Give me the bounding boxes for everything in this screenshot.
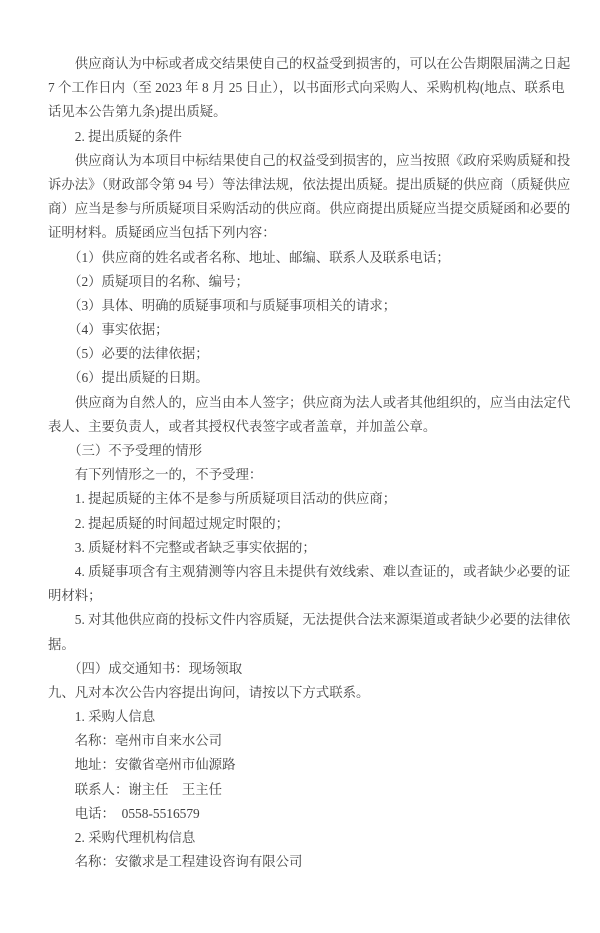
doc-line-conditions-heading: 2. 提出质疑的条件 — [48, 125, 570, 149]
document-page: 供应商认为中标或者成交结果使自己的权益受到损害的，可以在公告期限届满之日起 7 … — [0, 0, 600, 933]
doc-line-letter-item-6: （6）提出质疑的日期。 — [48, 366, 570, 390]
doc-line-signature-rule: 供应商为自然人的，应当由本人签字；供应商为法人或者其他组织的，应当由法定代 — [48, 391, 570, 415]
doc-line-objection-intro-cont: 话见本公告第九条)提出质疑。 — [48, 100, 570, 124]
doc-line-purchaser-heading: 1. 采购人信息 — [48, 705, 570, 729]
doc-line-rejection-item-5: 5. 对其他供应商的投标文件内容质疑，无法提供合法来源渠道或者缺少必要的法律依 — [48, 608, 570, 632]
doc-line-signature-rule-cont: 表人、主要负责人，或者其授权代表签字或者盖章，并加盖公章。 — [48, 415, 570, 439]
doc-line-agency-name: 名称：安徽求是工程建设咨询有限公司 — [48, 850, 570, 874]
doc-line-rejection-item-3: 3. 质疑材料不完整或者缺乏事实依据的； — [48, 536, 570, 560]
doc-line-rejection-intro: 有下列情形之一的，不予受理： — [48, 463, 570, 487]
doc-line-award-notice: （四）成交通知书：现场领取 — [48, 657, 570, 681]
doc-line-purchaser-address: 地址：安徽省亳州市仙源路 — [48, 753, 570, 777]
doc-line-rejection-item-4: 4. 质疑事项含有主观猜测等内容且未提供有效线索、难以查证的，或者缺少必要的证 — [48, 560, 570, 584]
doc-line-purchaser-name: 名称：亳州市自来水公司 — [48, 729, 570, 753]
doc-line-conditions-3: 商）应当是参与所质疑项目采购活动的供应商。供应商提出质疑应当提交质疑函和必要的 — [48, 197, 570, 221]
doc-line-agency-heading: 2. 采购代理机构信息 — [48, 826, 570, 850]
doc-line-conditions-2: 诉办法》（财政部令第 94 号）等法律法规，依法提出质疑。提出质疑的供应商（质疑… — [48, 173, 570, 197]
doc-line-conditions-4: 证明材料。质疑函应当包括下列内容： — [48, 221, 570, 245]
doc-line-section-nine-heading: 九、凡对本次公告内容提出询问，请按以下方式联系。 — [48, 681, 570, 705]
doc-line-rejection-item-5-cont: 据。 — [48, 633, 570, 657]
doc-line-purchaser-contacts: 联系人：谢主任 王主任 — [48, 778, 570, 802]
doc-line-letter-item-1: （1）供应商的姓名或者名称、地址、邮编、联系人及联系电话； — [48, 246, 570, 270]
doc-line-rejection-heading: （三）不予受理的情形 — [48, 439, 570, 463]
doc-line-purchaser-phone: 电话： 0558-5516579 — [48, 802, 570, 826]
doc-line-letter-item-5: （5）必要的法律依据； — [48, 342, 570, 366]
doc-line-letter-item-2: （2）质疑项目的名称、编号； — [48, 270, 570, 294]
doc-line-conditions-1: 供应商认为本项目中标结果使自己的权益受到损害的，应当按照《政府采购质疑和投 — [48, 149, 570, 173]
doc-line-letter-item-4: （4）事实依据； — [48, 318, 570, 342]
doc-line-objection-intro: 供应商认为中标或者成交结果使自己的权益受到损害的，可以在公告期限届满之日起 — [48, 52, 570, 76]
doc-line-rejection-item-4-cont: 明材料； — [48, 584, 570, 608]
doc-line-rejection-item-2: 2. 提起质疑的时间超过规定时限的； — [48, 512, 570, 536]
doc-line-objection-deadline: 7 个工作日内（至 2023 年 8 月 25 日止），以书面形式向采购人、采购… — [48, 76, 570, 100]
doc-line-rejection-item-1: 1. 提起质疑的主体不是参与所质疑项目活动的供应商； — [48, 487, 570, 511]
doc-line-letter-item-3: （3）具体、明确的质疑事项和与质疑事项相关的请求； — [48, 294, 570, 318]
